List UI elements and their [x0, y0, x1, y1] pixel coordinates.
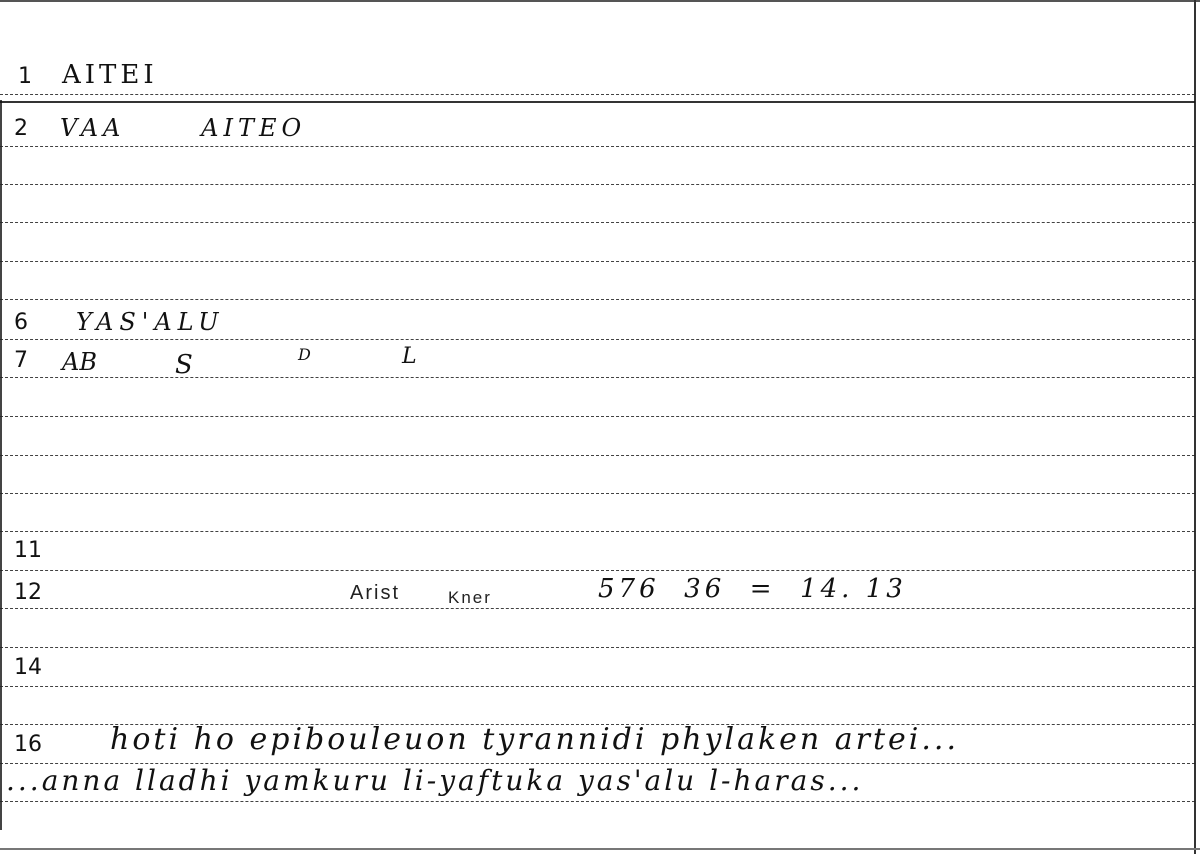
row-7-cell-4: L — [402, 344, 417, 369]
source-reference: 576 36 = 14. 13 — [598, 574, 907, 604]
rule-line — [0, 416, 1195, 417]
rule-line — [0, 339, 1195, 340]
card-border-right — [1194, 0, 1196, 854]
row-number: 6 — [14, 310, 28, 335]
row-1-text: AITEI — [62, 60, 158, 90]
rule-line — [0, 608, 1195, 609]
rule-line — [0, 455, 1195, 456]
card-border-top — [0, 0, 1200, 2]
source-author: Arist — [350, 582, 400, 605]
card-border-left — [0, 100, 2, 830]
rule-line — [0, 686, 1195, 687]
rule-line — [0, 647, 1195, 648]
row-number: 14 — [14, 655, 42, 680]
rule-line — [0, 184, 1195, 185]
rule-line — [0, 493, 1195, 494]
rule-line — [0, 94, 1195, 95]
quote-line-1: hoti ho epibouleuon tyrannidi phylaken a… — [110, 722, 959, 757]
row-number: 1 — [18, 64, 32, 89]
rule-line — [0, 146, 1195, 147]
index-card: 1 AITEI 2 VAA AITEO 6 YAS'ALU 7 AB S D L… — [0, 0, 1200, 854]
row-number: 16 — [14, 732, 42, 757]
row-number: 7 — [14, 348, 28, 373]
row-number: 11 — [14, 538, 42, 563]
source-work: Kner — [448, 588, 492, 608]
row-number: 12 — [14, 580, 42, 605]
rule-line — [0, 261, 1195, 262]
rule-line — [0, 531, 1195, 532]
rule-line-heavy — [0, 101, 1195, 103]
rule-line — [0, 801, 1195, 802]
rule-line — [0, 299, 1195, 300]
row-number: 2 — [14, 116, 28, 141]
row-7-cell-1: AB — [62, 348, 97, 376]
row-7-cell-3: D — [298, 345, 311, 364]
row-6-text: YAS'ALU — [76, 308, 225, 336]
rule-line — [0, 222, 1195, 223]
quote-line-2: ...anna lladhi yamkuru li-yaftuka yas'al… — [6, 764, 863, 797]
row-2-text: VAA AITEO — [60, 114, 306, 142]
rule-line — [0, 570, 1195, 571]
row-7-cell-2: S — [175, 350, 193, 380]
card-border-bottom — [0, 848, 1200, 850]
